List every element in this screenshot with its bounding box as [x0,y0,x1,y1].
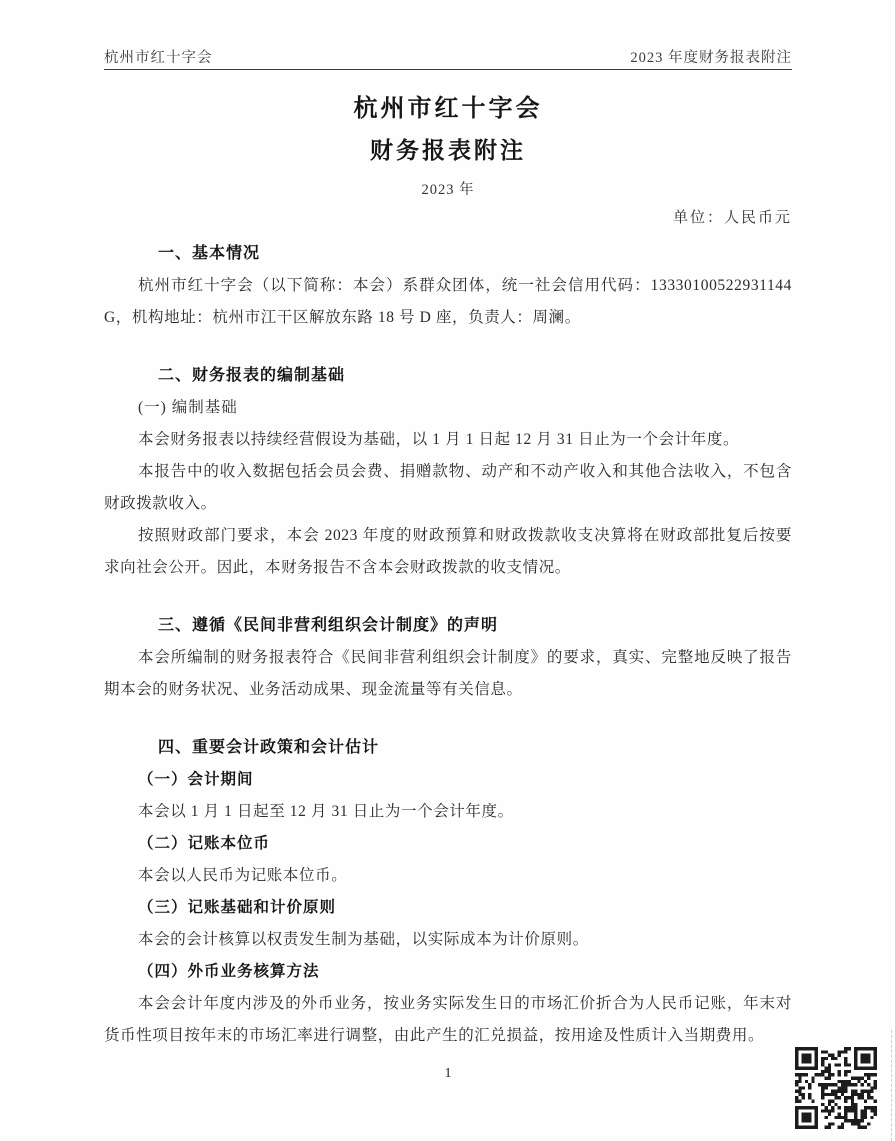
page-header: 杭州市红十字会 2023 年度财务报表附注 [104,46,792,70]
paragraph: 本会以人民币为记账本位币。 [104,860,792,892]
scan-edge-artifact [891,1030,892,1141]
section-heading: 四、重要会计政策和会计估计 [104,732,792,764]
sub-heading: （一）会计期间 [104,764,792,796]
sub-heading: （三）记账基础和计价原则 [104,892,792,924]
document-body: 一、基本情况杭州市红十字会（以下简称：本会）系群众团体，统一社会信用代码：133… [104,238,792,1052]
section-heading: 一、基本情况 [104,238,792,270]
paragraph: 本会所编制的财务报表符合《民间非营利组织会计制度》的要求，真实、完整地反映了报告… [104,642,792,706]
document-year: 2023 年 [104,178,792,199]
header-left-text: 杭州市红十字会 [104,46,213,67]
sub-heading: （二）记账本位币 [104,828,792,860]
section-heading: 三、遵循《民间非营利组织会计制度》的声明 [104,610,792,642]
sub-heading: （四）外币业务核算方法 [104,956,792,988]
document-subtitle: 财务报表附注 [104,132,792,165]
page-number: 1 [104,1066,792,1082]
paragraph: 按照财政部门要求，本会 2023 年度的财政预算和财政拨款收支决算将在财政部批复… [104,520,792,584]
header-right-text: 2023 年度财务报表附注 [630,46,792,67]
paragraph: 本报告中的收入数据包括会员会费、捐赠款物、动产和不动产收入和其他合法收入，不包含… [104,456,792,520]
paragraph: 本会的会计核算以权责发生制为基础，以实际成本为计价原则。 [104,924,792,956]
paragraph: 本会以 1 月 1 日起至 12 月 31 日止为一个会计年度。 [104,796,792,828]
header-rule [104,69,792,70]
paragraph: 杭州市红十字会（以下简称：本会）系群众团体，统一社会信用代码：133301005… [104,270,792,334]
qr-code-image [795,1047,877,1129]
sub-heading: (一) 编制基础 [104,392,792,424]
paragraph: 本会财务报表以持续经营假设为基础，以 1 月 1 日起 12 月 31 日止为一… [104,424,792,456]
section-heading: 二、财务报表的编制基础 [104,360,792,392]
currency-unit-label: 单位：人民币元 [104,206,792,227]
paragraph: 本会会计年度内涉及的外币业务，按业务实际发生日的市场汇价折合为人民币记账，年末对… [104,988,792,1052]
document-title: 杭州市红十字会 [104,88,792,123]
